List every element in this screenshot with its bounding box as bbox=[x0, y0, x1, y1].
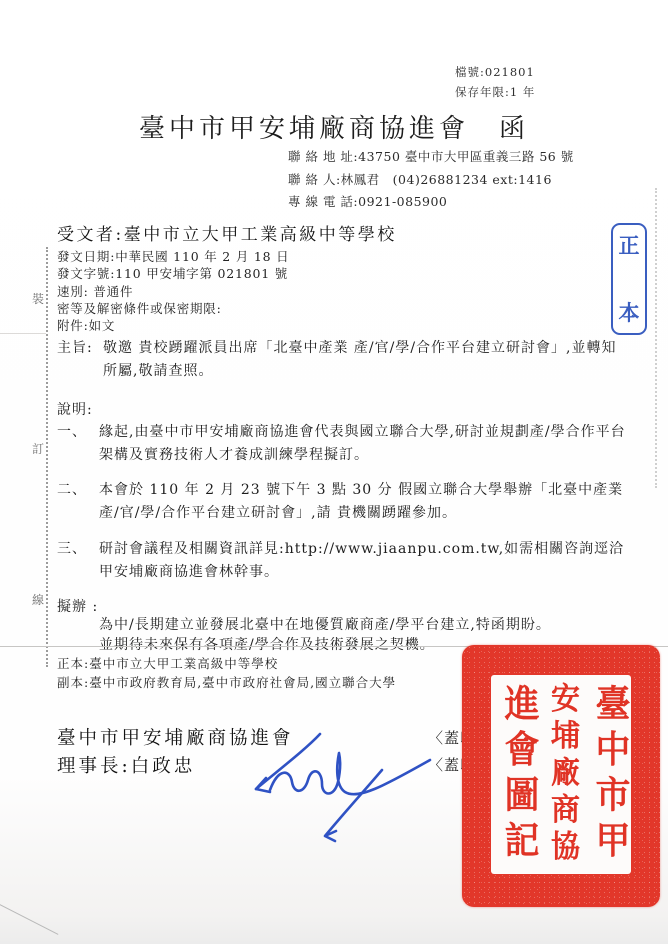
description-item-1: 一、 緣起,由臺中市甲安埔廠商協進會代表與國立聯合大學,研討並規劃產/學合作平台… bbox=[57, 421, 629, 467]
description-item-2: 二、 本會於 110 年 2 月 23 號下午 3 點 30 分 假國立聯合大學… bbox=[57, 479, 629, 525]
scanned-official-letter: 裝 訂 線 檔號:021801 保存年限:1 年 臺中市甲安埔廠商協進會 函 聯… bbox=[0, 0, 668, 944]
scan-corner-artifact bbox=[0, 902, 58, 935]
copy-stamp-char-top: 正 bbox=[619, 235, 640, 256]
subject-label: 主旨: bbox=[57, 337, 103, 383]
recipient-line: 受文者:臺中市立大甲工業高級中等學校 bbox=[57, 220, 397, 245]
retention-period: 保存年限:1 年 bbox=[455, 82, 535, 102]
item-text: 研討會議程及相關資訊詳見:http://www.jiaanpu.com.tw,如… bbox=[99, 538, 629, 584]
binding-mark-xian: 線 bbox=[32, 591, 46, 608]
attachment: 附件:如文 bbox=[57, 317, 289, 334]
distribution-block: 正本:臺中市立大甲工業高級中等學校 副本:臺中市政府教育局,臺中市政府社會局,國… bbox=[57, 655, 396, 692]
binding-dotted-line bbox=[46, 247, 48, 667]
delivery-speed: 速別: 普通件 bbox=[57, 283, 289, 300]
binding-mark-ding: 訂 bbox=[32, 440, 46, 457]
copy-stamp-char-bottom: 本 bbox=[619, 302, 640, 323]
file-meta: 檔號:021801 保存年限:1 年 bbox=[455, 62, 535, 102]
seal-inner-panel: 進會圖記 安埔廠商協 臺中市甲 bbox=[491, 675, 631, 874]
contact-block: 聯 絡 地 址:43750 臺中市大甲區重義三路 56 號 聯 絡 人:林鳳君 … bbox=[288, 146, 574, 214]
organization-seal: 進會圖記 安埔廠商協 臺中市甲 bbox=[462, 645, 660, 907]
description-item-3: 三、 研討會議程及相關資訊詳見:http://www.jiaanpu.com.t… bbox=[57, 538, 629, 584]
handwritten-signature bbox=[232, 724, 447, 846]
item-text: 緣起,由臺中市甲安埔廠商協進會代表與國立聯合大學,研討並規劃產/學合作平台架構及… bbox=[99, 421, 629, 467]
doc-number: 發文字號:110 甲安埔字第 021801 號 bbox=[57, 265, 289, 282]
seal-column-right: 臺中市甲 bbox=[585, 683, 635, 865]
contact-address: 聯 絡 地 址:43750 臺中市大甲區重義三路 56 號 bbox=[288, 146, 574, 169]
copy-recipients: 副本:臺中市政府教育局,臺中市政府社會局,國立聯合大學 bbox=[57, 674, 396, 693]
file-number: 檔號:021801 bbox=[455, 62, 535, 82]
right-margin-dotted-line bbox=[655, 188, 657, 488]
seal-column-left: 進會圖記 bbox=[494, 683, 544, 865]
binding-mark-zhuang: 裝 bbox=[32, 290, 46, 307]
document-title: 臺中市甲安埔廠商協進會 函 bbox=[104, 108, 564, 145]
item-text: 本會於 110 年 2 月 23 號下午 3 點 30 分 假國立聯合大學舉辦「… bbox=[99, 479, 629, 525]
proposal-line-1: 為中/長期建立並發展北臺中在地優質廠商產/學平台建立,特函期盼。 bbox=[99, 616, 629, 636]
item-number: 二、 bbox=[57, 479, 99, 525]
doc-meta-block: 發文日期:中華民國 110 年 2 月 18 日 發文字號:110 甲安埔字第 … bbox=[57, 248, 289, 334]
subject-text: 敬邀 貴校踴躍派員出席「北臺中產業 產/官/學/合作平台建立研討會」,並轉知所屬… bbox=[103, 337, 629, 383]
contact-person: 聯 絡 人:林鳳君 (04)26881234 ext:1416 bbox=[288, 169, 574, 192]
item-number: 三、 bbox=[57, 538, 99, 584]
subject-paragraph: 主旨: 敬邀 貴校踴躍派員出席「北臺中產業 產/官/學/合作平台建立研討會」,並… bbox=[57, 337, 629, 383]
original-copy-stamp: 正 本 bbox=[611, 223, 647, 335]
description-heading: 說明: bbox=[57, 399, 93, 422]
contact-phone: 專 線 電 話:0921-085900 bbox=[288, 191, 574, 214]
proposal-heading: 擬辦 : bbox=[57, 596, 98, 619]
item-number: 一、 bbox=[57, 421, 99, 467]
security-class: 密等及解密條件或保密期限: bbox=[57, 300, 289, 317]
issue-date: 發文日期:中華民國 110 年 2 月 18 日 bbox=[57, 248, 289, 265]
chairman-line: 理事長:白政忠 bbox=[57, 752, 195, 778]
seal-column-middle: 安埔廠商協 bbox=[544, 682, 585, 868]
original-recipient: 正本:臺中市立大甲工業高級中等學校 bbox=[57, 655, 396, 674]
scan-artifact-line bbox=[0, 333, 46, 334]
